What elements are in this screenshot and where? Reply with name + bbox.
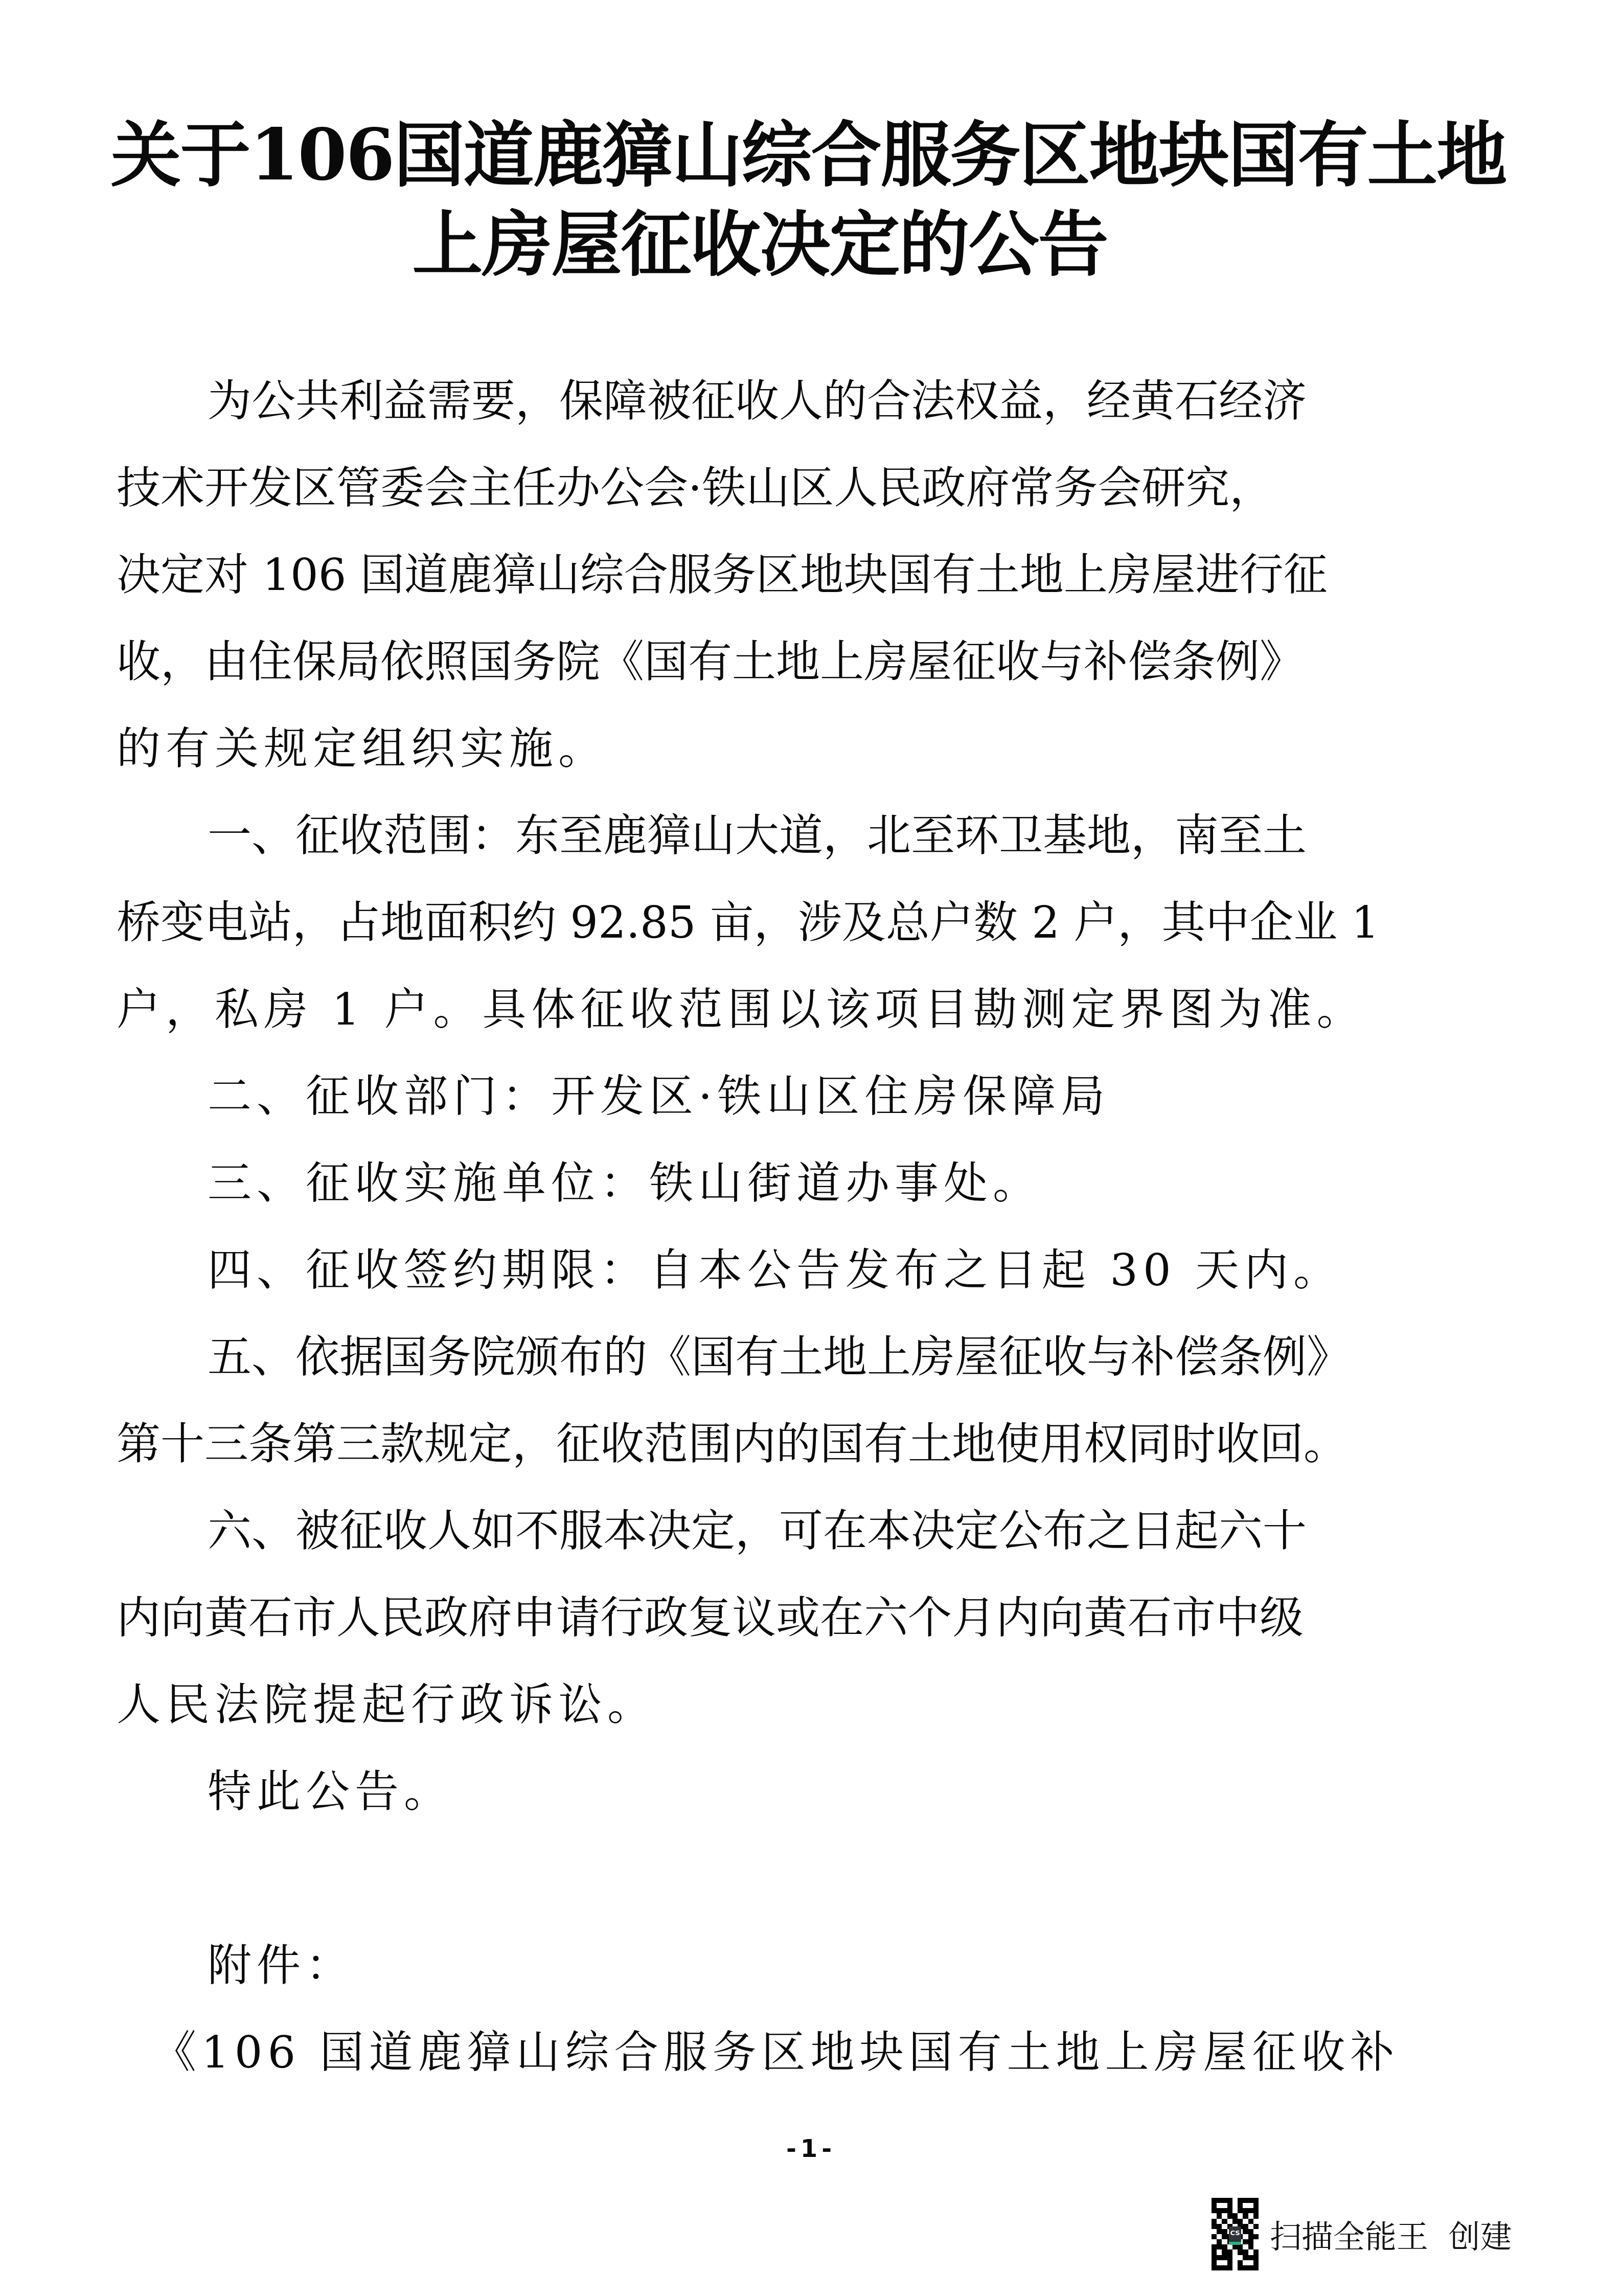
paragraph-intro: 为公共利益需要，保障被征收人的合法权益，经黄石经济 技术开发区管委会主任办公会·… [117,358,1379,792]
paragraph-scope: 一、征收范围：东至鹿獐山大道，北至环卫基地，南至土 桥变电站，占地面积约 92.… [117,792,1379,1053]
paragraph-closing: 特此公告。 [117,1748,1379,1835]
paragraph-appeal: 六、被征收人如不服本决定，可在本决定公布之日起六十 内向黄石市人民政府申请行政复… [117,1488,1379,1748]
document-body: 为公共利益需要，保障被征收人的合法权益，经黄石经济 技术开发区管委会主任办公会·… [117,358,1379,2096]
text-line: 的有关规定组织实施。 [117,706,1379,792]
text-line: 三、征收实施单位：铁山街道办事处。 [117,1140,1379,1227]
attachment-title: 《106 国道鹿獐山综合服务区地块国有土地上房屋征收补 [117,2009,1379,2096]
text-line: 第十三条第三款规定，征收范围内的国有土地使用权同时收回。 [117,1401,1379,1488]
text-line: 五、依据国务院颁布的《国有土地上房屋征收与补偿条例》 [117,1314,1379,1401]
title-line-2: 上房屋征收决定的公告 [0,199,1571,289]
title-line-1: 关于106国道鹿獐山综合服务区地块国有土地 [0,110,1619,199]
text-line: 二、征收部门：开发区·铁山区住房保障局 [117,1053,1379,1140]
paragraph-department: 二、征收部门：开发区·铁山区住房保障局 [117,1053,1379,1140]
watermark-text: 扫描全能王 创建 [1270,2212,1512,2257]
camscanner-watermark: CS 扫描全能王 创建 [1212,2193,1512,2275]
text-line: 为公共利益需要，保障被征收人的合法权益，经黄石经济 [117,358,1379,445]
text-line: 人民法院提起行政诉讼。 [117,1662,1379,1748]
text-line: 技术开发区管委会主任办公会·铁山区人民政府常务会研究， [117,445,1379,532]
paragraph-basis: 五、依据国务院颁布的《国有土地上房屋征收与补偿条例》 第十三条第三款规定，征收范… [117,1314,1379,1488]
spacer [117,1835,1379,1922]
qr-code-icon: CS [1212,2198,1259,2270]
text-line: 一、征收范围：东至鹿獐山大道，北至环卫基地，南至土 [117,792,1379,879]
paragraph-implementer: 三、征收实施单位：铁山街道办事处。 [117,1140,1379,1227]
text-line: 内向黄石市人民政府申请行政复议或在六个月内向黄石市中级 [117,1575,1379,1662]
text-line: 收，由住保局依照国务院《国有土地上房屋征收与补偿条例》 [117,619,1379,706]
text-line: 桥变电站，占地面积约 92.85 亩，涉及总户数 2 户，其中企业 1 [117,879,1379,966]
text-line: 户，私房 1 户。具体征收范围以该项目勘测定界图为准。 [117,966,1379,1053]
attachment-label: 附件： [117,1922,1379,2009]
camscanner-logo-icon: CS [1229,2226,1241,2245]
text-line: 特此公告。 [117,1748,1379,1835]
text-line: 决定对 106 国道鹿獐山综合服务区地块国有土地上房屋进行征 [117,532,1379,619]
document-title: 关于106国道鹿獐山综合服务区地块国有土地 上房屋征收决定的公告 [0,110,1622,289]
paragraph-deadline: 四、征收签约期限：自本公告发布之日起 30 天内。 [117,1227,1379,1314]
text-line: 六、被征收人如不服本决定，可在本决定公布之日起六十 [117,1488,1379,1575]
attachment-section: 附件： 《106 国道鹿獐山综合服务区地块国有土地上房屋征收补 [117,1922,1379,2096]
page-number: -1- [0,2134,1622,2163]
text-line: 四、征收签约期限：自本公告发布之日起 30 天内。 [117,1227,1379,1314]
